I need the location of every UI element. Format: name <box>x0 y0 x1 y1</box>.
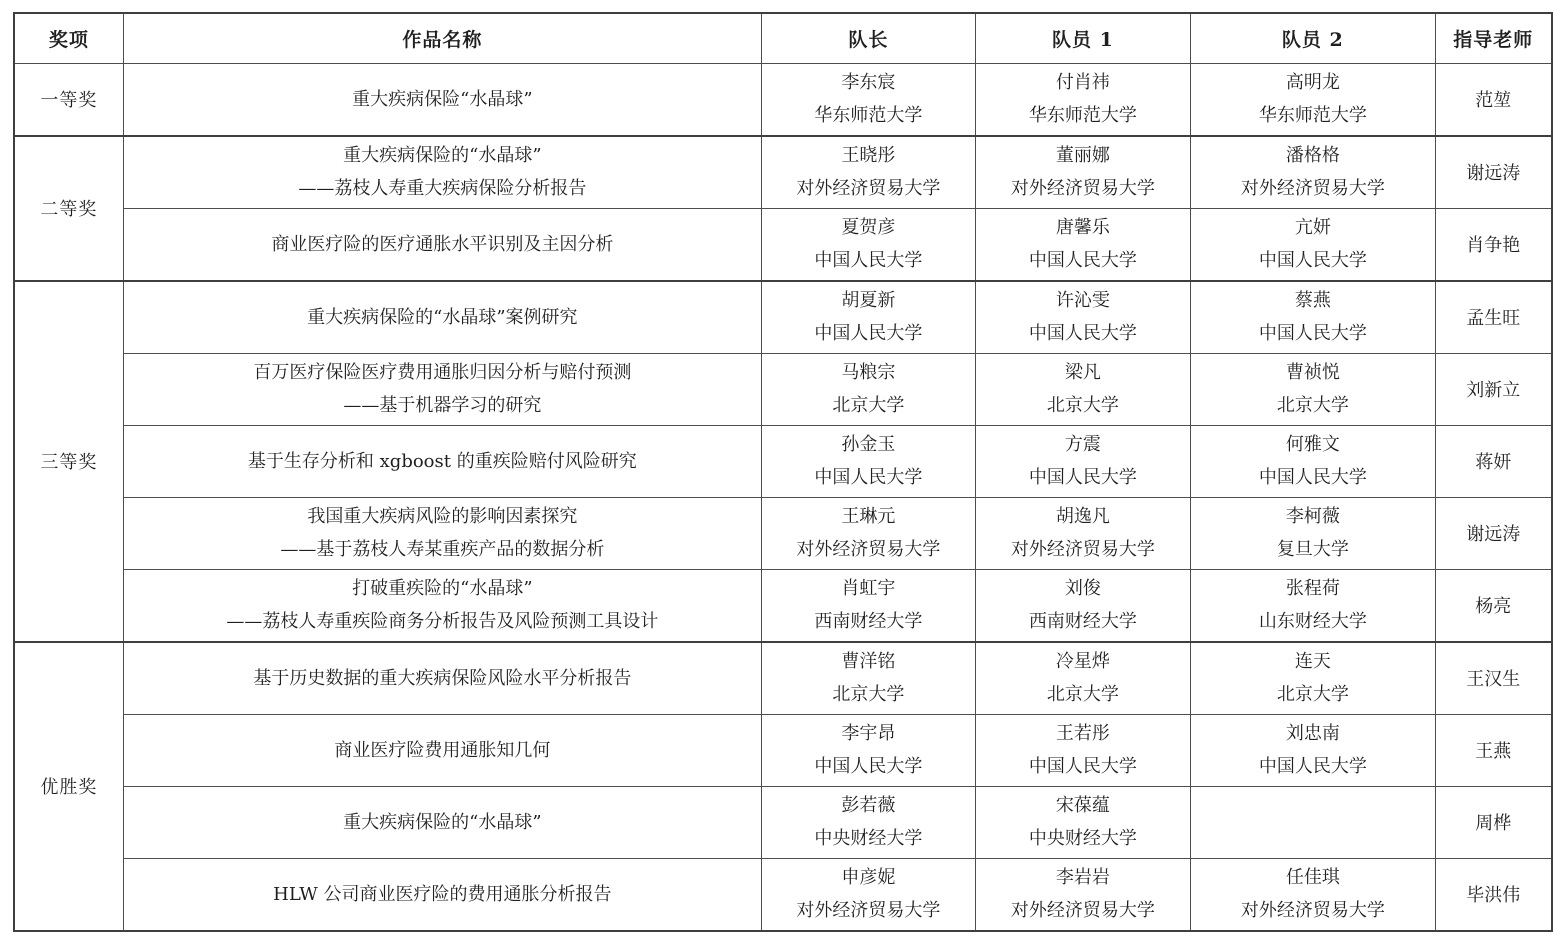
member2-cell: 潘格格对外经济贸易大学 <box>1191 136 1436 209</box>
member1-cell-line: 中国人民大学 <box>980 244 1186 277</box>
award-cell: 优胜奖 <box>14 642 123 931</box>
member1-cell-line: 北京大学 <box>980 389 1186 422</box>
advisor-cell: 孟生旺 <box>1435 281 1552 354</box>
title-cell-line: 商业医疗险费用通胀知几何 <box>128 734 757 767</box>
leader-cell: 王晓彤对外经济贸易大学 <box>761 136 975 209</box>
header-cell-advisor: 指导老师 <box>1435 13 1552 63</box>
leader-cell-line: 北京大学 <box>766 678 971 711</box>
leader-cell-line: 北京大学 <box>766 389 971 422</box>
member2-cell-line: 北京大学 <box>1195 678 1431 711</box>
header-cell-member1: 队员 1 <box>975 13 1190 63</box>
member1-cell-line: 华东师范大学 <box>980 99 1186 132</box>
title-cell: 百万医疗保险医疗费用通胀归因分析与赔付预测——基于机器学习的研究 <box>123 353 761 425</box>
member1-cell: 王若彤中国人民大学 <box>975 714 1190 786</box>
member2-cell-line: 刘忠南 <box>1195 717 1431 750</box>
advisor-cell: 谢远涛 <box>1435 497 1552 569</box>
title-cell: 打破重疾险的“水晶球”——荔枝人寿重疾险商务分析报告及风险预测工具设计 <box>123 569 761 642</box>
member1-cell-line: 中国人民大学 <box>980 461 1186 494</box>
title-cell: 重大疾病保险的“水晶球”案例研究 <box>123 281 761 354</box>
title-cell: 基于生存分析和 xgboost 的重疾险赔付风险研究 <box>123 425 761 497</box>
member2-cell-line: 中国人民大学 <box>1195 244 1431 277</box>
leader-cell-line: 对外经济贸易大学 <box>766 533 971 566</box>
member1-cell: 冷星烨北京大学 <box>975 642 1190 715</box>
advisor-cell: 肖争艳 <box>1435 208 1552 281</box>
member2-cell-line: 任佳琪 <box>1195 861 1431 894</box>
member1-cell-line: 许沁雯 <box>980 284 1186 317</box>
leader-cell-line: 对外经济贸易大学 <box>766 172 971 205</box>
title-cell-line: 重大疾病保险的“水晶球”案例研究 <box>128 301 757 334</box>
title-cell: 我国重大疾病风险的影响因素探究——基于荔枝人寿某重疾产品的数据分析 <box>123 497 761 569</box>
leader-cell: 夏贺彦中国人民大学 <box>761 208 975 281</box>
member2-cell <box>1191 786 1436 858</box>
title-cell-line: ——荔枝人寿重疾险商务分析报告及风险预测工具设计 <box>128 605 757 638</box>
member2-cell: 刘忠南中国人民大学 <box>1191 714 1436 786</box>
member2-cell: 亢妍中国人民大学 <box>1191 208 1436 281</box>
member2-cell-line: 北京大学 <box>1195 389 1431 422</box>
title-cell: 重大疾病保险“水晶球” <box>123 63 761 136</box>
table-row: 商业医疗险的医疗通胀水平识别及主因分析夏贺彦中国人民大学唐馨乐中国人民大学亢妍中… <box>14 208 1552 281</box>
table-row: 打破重疾险的“水晶球”——荔枝人寿重疾险商务分析报告及风险预测工具设计肖虹宇西南… <box>14 569 1552 642</box>
member1-cell: 董丽娜对外经济贸易大学 <box>975 136 1190 209</box>
member2-cell: 连天北京大学 <box>1191 642 1436 715</box>
leader-cell: 肖虹宇西南财经大学 <box>761 569 975 642</box>
member1-cell-line: 董丽娜 <box>980 139 1186 172</box>
member2-cell: 曹祯悦北京大学 <box>1191 353 1436 425</box>
award-cell: 二等奖 <box>14 136 123 281</box>
advisor-cell: 刘新立 <box>1435 353 1552 425</box>
leader-cell-line: 西南财经大学 <box>766 605 971 638</box>
member2-cell-line: 复旦大学 <box>1195 533 1431 566</box>
advisor-cell: 王燕 <box>1435 714 1552 786</box>
title-cell-line: 基于历史数据的重大疾病保险风险水平分析报告 <box>128 662 757 695</box>
title-cell-line: 重大疾病保险的“水晶球” <box>128 139 757 172</box>
member1-cell-line: 中国人民大学 <box>980 750 1186 783</box>
leader-cell-line: 彭若薇 <box>766 789 971 822</box>
member2-cell-line: 潘格格 <box>1195 139 1431 172</box>
title-cell-line: 重大疾病保险“水晶球” <box>128 83 757 116</box>
leader-cell-line: 王琳元 <box>766 500 971 533</box>
advisor-cell: 谢远涛 <box>1435 136 1552 209</box>
title-cell: 商业医疗险费用通胀知几何 <box>123 714 761 786</box>
title-cell-line: 基于生存分析和 xgboost 的重疾险赔付风险研究 <box>128 445 757 478</box>
table-row: 我国重大疾病风险的影响因素探究——基于荔枝人寿某重疾产品的数据分析王琳元对外经济… <box>14 497 1552 569</box>
leader-cell-line: 王晓彤 <box>766 139 971 172</box>
member1-cell-line: 冷星烨 <box>980 645 1186 678</box>
header-cell-title: 作品名称 <box>123 13 761 63</box>
member1-cell-line: 西南财经大学 <box>980 605 1186 638</box>
table-row: 商业医疗险费用通胀知几何李宇昂中国人民大学王若彤中国人民大学刘忠南中国人民大学王… <box>14 714 1552 786</box>
title-cell-line: ——基于机器学习的研究 <box>128 389 757 422</box>
title-cell-line: 百万医疗保险医疗费用通胀归因分析与赔付预测 <box>128 356 757 389</box>
title-cell-line: 重大疾病保险的“水晶球” <box>128 806 757 839</box>
table-row: 三等奖重大疾病保险的“水晶球”案例研究胡夏新中国人民大学许沁雯中国人民大学蔡燕中… <box>14 281 1552 354</box>
award-cell: 一等奖 <box>14 63 123 136</box>
advisor-cell: 毕洪伟 <box>1435 858 1552 931</box>
member1-cell: 许沁雯中国人民大学 <box>975 281 1190 354</box>
member1-cell: 付肖祎华东师范大学 <box>975 63 1190 136</box>
leader-cell-line: 申彦妮 <box>766 861 971 894</box>
title-cell: 重大疾病保险的“水晶球”——荔枝人寿重大疾病保险分析报告 <box>123 136 761 209</box>
member2-cell-line: 亢妍 <box>1195 211 1431 244</box>
leader-cell-line: 夏贺彦 <box>766 211 971 244</box>
leader-cell: 彭若薇中央财经大学 <box>761 786 975 858</box>
member2-cell-line: 中国人民大学 <box>1195 317 1431 350</box>
leader-cell-line: 马粮宗 <box>766 356 971 389</box>
member2-cell-line: 对外经济贸易大学 <box>1195 894 1431 927</box>
member1-cell: 刘俊西南财经大学 <box>975 569 1190 642</box>
member1-cell-line: 付肖祎 <box>980 66 1186 99</box>
member2-cell-line: 对外经济贸易大学 <box>1195 172 1431 205</box>
leader-cell-line: 胡夏新 <box>766 284 971 317</box>
table-row: 一等奖重大疾病保险“水晶球”李东宸华东师范大学付肖祎华东师范大学高明龙华东师范大… <box>14 63 1552 136</box>
member1-cell-line: 胡逸凡 <box>980 500 1186 533</box>
table-row: 二等奖重大疾病保险的“水晶球”——荔枝人寿重大疾病保险分析报告王晓彤对外经济贸易… <box>14 136 1552 209</box>
title-cell: HLW 公司商业医疗险的费用通胀分析报告 <box>123 858 761 931</box>
advisor-cell: 王汉生 <box>1435 642 1552 715</box>
leader-cell-line: 中国人民大学 <box>766 244 971 277</box>
title-cell-line: 商业医疗险的医疗通胀水平识别及主因分析 <box>128 228 757 261</box>
leader-cell-line: 中国人民大学 <box>766 750 971 783</box>
title-cell: 商业医疗险的医疗通胀水平识别及主因分析 <box>123 208 761 281</box>
leader-cell: 孙金玉中国人民大学 <box>761 425 975 497</box>
leader-cell: 王琳元对外经济贸易大学 <box>761 497 975 569</box>
member2-cell-line: 连天 <box>1195 645 1431 678</box>
member2-cell-line: 高明龙 <box>1195 66 1431 99</box>
member1-cell-line: 对外经济贸易大学 <box>980 172 1186 205</box>
leader-cell: 马粮宗北京大学 <box>761 353 975 425</box>
leader-cell: 李东宸华东师范大学 <box>761 63 975 136</box>
member2-cell: 高明龙华东师范大学 <box>1191 63 1436 136</box>
header-cell-leader: 队长 <box>761 13 975 63</box>
leader-cell-line: 孙金玉 <box>766 428 971 461</box>
table-row: 优胜奖基于历史数据的重大疾病保险风险水平分析报告曹洋铭北京大学冷星烨北京大学连天… <box>14 642 1552 715</box>
member1-cell-line: 对外经济贸易大学 <box>980 533 1186 566</box>
member2-cell-line: 中国人民大学 <box>1195 750 1431 783</box>
member1-cell-line: 对外经济贸易大学 <box>980 894 1186 927</box>
leader-cell-line: 曹洋铭 <box>766 645 971 678</box>
title-cell: 重大疾病保险的“水晶球” <box>123 786 761 858</box>
advisor-cell: 周桦 <box>1435 786 1552 858</box>
leader-cell-line: 中国人民大学 <box>766 461 971 494</box>
advisor-cell: 杨亮 <box>1435 569 1552 642</box>
table-row: 基于生存分析和 xgboost 的重疾险赔付风险研究孙金玉中国人民大学方震中国人… <box>14 425 1552 497</box>
header-cell-member2: 队员 2 <box>1191 13 1436 63</box>
table-row: 百万医疗保险医疗费用通胀归因分析与赔付预测——基于机器学习的研究马粮宗北京大学梁… <box>14 353 1552 425</box>
member1-cell-line: 梁凡 <box>980 356 1186 389</box>
member2-cell-line: 蔡燕 <box>1195 284 1431 317</box>
leader-cell-line: 华东师范大学 <box>766 99 971 132</box>
advisor-cell: 蒋妍 <box>1435 425 1552 497</box>
title-cell-line: ——荔枝人寿重大疾病保险分析报告 <box>128 172 757 205</box>
member1-cell-line: 王若彤 <box>980 717 1186 750</box>
member1-cell: 梁凡北京大学 <box>975 353 1190 425</box>
title-cell-line: 我国重大疾病风险的影响因素探究 <box>128 500 757 533</box>
header-cell-award: 奖项 <box>14 13 123 63</box>
member1-cell-line: 刘俊 <box>980 572 1186 605</box>
table-body: 一等奖重大疾病保险“水晶球”李东宸华东师范大学付肖祎华东师范大学高明龙华东师范大… <box>14 63 1552 931</box>
member1-cell: 胡逸凡对外经济贸易大学 <box>975 497 1190 569</box>
title-cell-line: ——基于荔枝人寿某重疾产品的数据分析 <box>128 533 757 566</box>
leader-cell-line: 李宇昂 <box>766 717 971 750</box>
award-cell: 三等奖 <box>14 281 123 642</box>
member2-cell: 张程荷山东财经大学 <box>1191 569 1436 642</box>
member2-cell-line: 何雅文 <box>1195 428 1431 461</box>
leader-cell-line: 李东宸 <box>766 66 971 99</box>
header-row: 奖项 作品名称 队长 队员 1 队员 2 指导老师 <box>14 13 1552 63</box>
advisor-cell: 范堃 <box>1435 63 1552 136</box>
leader-cell: 申彦妮对外经济贸易大学 <box>761 858 975 931</box>
title-cell: 基于历史数据的重大疾病保险风险水平分析报告 <box>123 642 761 715</box>
title-cell-line: HLW 公司商业医疗险的费用通胀分析报告 <box>128 878 757 911</box>
member1-cell: 宋葆蕴中央财经大学 <box>975 786 1190 858</box>
member1-cell-line: 唐馨乐 <box>980 211 1186 244</box>
member2-cell: 蔡燕中国人民大学 <box>1191 281 1436 354</box>
member1-cell: 李岩岩对外经济贸易大学 <box>975 858 1190 931</box>
document-page: 奖项 作品名称 队长 队员 1 队员 2 指导老师 一等奖重大疾病保险“水晶球”… <box>0 0 1566 945</box>
member2-cell-line: 张程荷 <box>1195 572 1431 605</box>
table-row: 重大疾病保险的“水晶球”彭若薇中央财经大学宋葆蕴中央财经大学周桦 <box>14 786 1552 858</box>
leader-cell-line: 中央财经大学 <box>766 822 971 855</box>
member1-cell-line: 中国人民大学 <box>980 317 1186 350</box>
awards-table: 奖项 作品名称 队长 队员 1 队员 2 指导老师 一等奖重大疾病保险“水晶球”… <box>13 12 1553 932</box>
member1-cell: 方震中国人民大学 <box>975 425 1190 497</box>
member1-cell-line: 宋葆蕴 <box>980 789 1186 822</box>
leader-cell-line: 对外经济贸易大学 <box>766 894 971 927</box>
member2-cell-line: 李柯薇 <box>1195 500 1431 533</box>
member1-cell-line: 中央财经大学 <box>980 822 1186 855</box>
leader-cell-line: 中国人民大学 <box>766 317 971 350</box>
leader-cell-line: 肖虹宇 <box>766 572 971 605</box>
member1-cell-line: 北京大学 <box>980 678 1186 711</box>
member1-cell-line: 方震 <box>980 428 1186 461</box>
member2-cell: 何雅文中国人民大学 <box>1191 425 1436 497</box>
title-cell-line: 打破重疾险的“水晶球” <box>128 572 757 605</box>
member2-cell: 任佳琪对外经济贸易大学 <box>1191 858 1436 931</box>
member1-cell-line: 李岩岩 <box>980 861 1186 894</box>
member2-cell-line: 山东财经大学 <box>1195 605 1431 638</box>
leader-cell: 胡夏新中国人民大学 <box>761 281 975 354</box>
leader-cell: 李宇昂中国人民大学 <box>761 714 975 786</box>
member2-cell-line: 华东师范大学 <box>1195 99 1431 132</box>
leader-cell: 曹洋铭北京大学 <box>761 642 975 715</box>
member2-cell-line: 曹祯悦 <box>1195 356 1431 389</box>
member2-cell: 李柯薇复旦大学 <box>1191 497 1436 569</box>
member2-cell-line: 中国人民大学 <box>1195 461 1431 494</box>
table-row: HLW 公司商业医疗险的费用通胀分析报告申彦妮对外经济贸易大学李岩岩对外经济贸易… <box>14 858 1552 931</box>
member1-cell: 唐馨乐中国人民大学 <box>975 208 1190 281</box>
table-header: 奖项 作品名称 队长 队员 1 队员 2 指导老师 <box>14 13 1552 63</box>
